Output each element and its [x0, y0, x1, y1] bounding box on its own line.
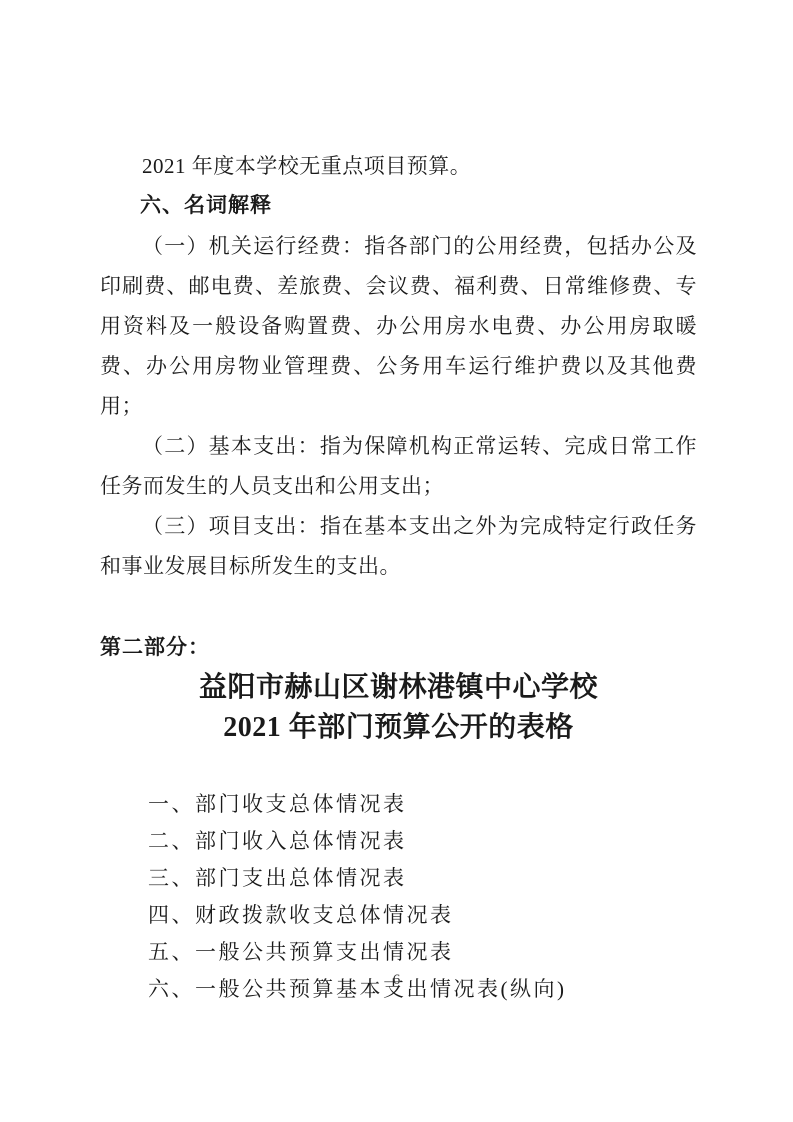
- part2-title-line2: 2021 年部门预算公开的表格: [100, 708, 697, 748]
- document-page: 2021 年度本学校无重点项目预算。 六、名词解释 （一）机关运行经费：指各部门…: [0, 0, 793, 1122]
- page-content: 2021 年度本学校无重点项目预算。 六、名词解释 （一）机关运行经费：指各部门…: [100, 146, 697, 1008]
- intro-paragraph: 2021 年度本学校无重点项目预算。: [100, 146, 697, 186]
- part2-label: 第二部分：: [100, 628, 697, 668]
- table-list-item-5: 五、一般公共预算支出情况表: [148, 934, 697, 971]
- part2-title-line1: 益阳市赫山区谢林港镇中心学校: [100, 668, 697, 708]
- glossary-paragraph-3: （三）项目支出：指在基本支出之外为完成特定行政任务和事业发展目标所发生的支出。: [100, 506, 697, 586]
- glossary-paragraph-2: （二）基本支出：指为保障机构正常运转、完成日常工作任务而发生的人员支出和公用支出…: [100, 426, 697, 506]
- glossary-heading: 六、名词解释: [100, 186, 697, 226]
- table-list-item-1: 一、部门收支总体情况表: [148, 786, 697, 823]
- table-list-item-3: 三、部门支出总体情况表: [148, 860, 697, 897]
- table-list-item-4: 四、财政拨款收支总体情况表: [148, 897, 697, 934]
- glossary-paragraph-1: （一）机关运行经费：指各部门的公用经费，包括办公及印刷费、邮电费、差旅费、会议费…: [100, 226, 697, 426]
- page-number: 6: [0, 972, 793, 989]
- table-list-item-2: 二、部门收入总体情况表: [148, 823, 697, 860]
